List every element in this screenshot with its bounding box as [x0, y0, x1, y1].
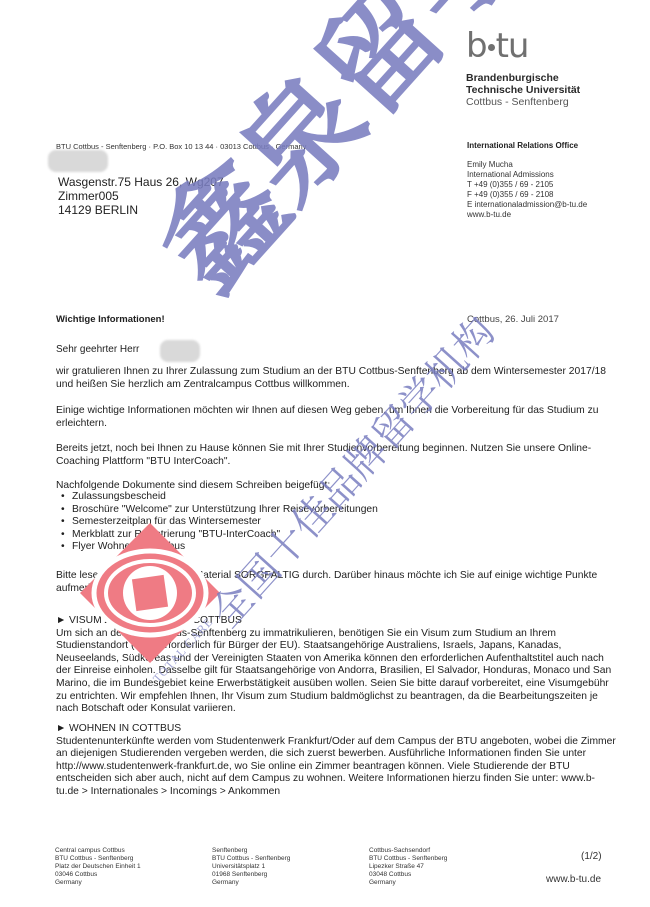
btu-logo-mark: btu	[466, 28, 616, 64]
contact-website[interactable]: www.b-tu.de	[467, 210, 587, 220]
section-housing-heading: ► WOHNEN IN COTTBUS	[56, 723, 616, 736]
section-housing: ► WOHNEN IN COTTBUS Studentenunterkünfte…	[56, 723, 616, 799]
footer-line: Germany	[369, 879, 447, 887]
footer-line: Germany	[55, 879, 141, 887]
footer-line: Universitätsplatz 1	[212, 863, 290, 871]
logo-b: b	[466, 26, 487, 66]
footer-line: 01968 Senftenberg	[212, 871, 290, 879]
attachment-item: Semesterzeitplan für das Wintersemester	[58, 516, 378, 529]
footer-campus-cottbus: Central campus Cottbus BTU Cottbus - Sen…	[55, 847, 141, 887]
footer-line: BTU Cottbus - Senftenberg	[369, 855, 447, 863]
paragraph-closing: Bitte lesen Sie das beigelegte Material …	[56, 570, 616, 595]
footer-line: Germany	[212, 879, 290, 887]
paragraph-info: Einige wichtige Informationen möchten wi…	[56, 405, 616, 430]
footer-line: Platz der Deutschen Einheit 1	[55, 863, 141, 871]
logo-dot	[488, 44, 495, 51]
university-name-line1: Brandenburgische	[466, 72, 616, 84]
attachment-item: Merkblatt zur Registrierung "BTU-InterCo…	[58, 529, 378, 542]
letter-date: Cottbus, 26. Juli 2017	[467, 314, 559, 325]
footer-url[interactable]: www.b-tu.de	[546, 874, 601, 885]
attachment-item: Flyer Wohnen in Cottbus	[58, 541, 378, 554]
recipient-line2: Zimmer005	[58, 189, 224, 203]
recipient-line1: Wasgenstr.75 Haus 26, Wg207	[58, 175, 224, 189]
office-title: International Relations Office	[467, 141, 578, 150]
recipient-line3: 14129 BERLIN	[58, 203, 224, 217]
contact-email[interactable]: E internationaladmission@b-tu.de	[467, 200, 587, 210]
paragraph-congratulations: wir gratulieren Ihnen zu Ihrer Zulassung…	[56, 366, 616, 391]
redacted-name	[48, 150, 108, 172]
footer-line: Senftenberg	[212, 847, 290, 855]
footer-campus-sachsendorf: Cottbus-Sachsendorf BTU Cottbus - Senfte…	[369, 847, 447, 887]
contact-name: Emily Mucha	[467, 160, 587, 170]
attachment-item: Broschüre "Welcome" zur Unterstützung Ih…	[58, 504, 378, 517]
footer-line: Cottbus-Sachsendorf	[369, 847, 447, 855]
university-name-line3: Cottbus - Senftenberg	[466, 96, 616, 108]
salutation: Sehr geehrter Herr	[56, 344, 139, 355]
contact-fax: F +49 (0)355 / 69 - 2108	[467, 190, 587, 200]
section-visa-text: Um sich an der BTU Cottbus-Senftenberg z…	[56, 628, 616, 716]
page-number: (1/2)	[581, 851, 602, 862]
footer-line: 03048 Cottbus	[369, 871, 447, 879]
university-logo: btu Brandenburgische Technische Universi…	[466, 28, 616, 108]
footer-line: BTU Cottbus - Senftenberg	[55, 855, 141, 863]
footer-line: Central campus Cottbus	[55, 847, 141, 855]
footer-line: Lipezker Straße 47	[369, 863, 447, 871]
section-visa: ► VISUM ZUM STUDIUM IN COTTBUS Um sich a…	[56, 615, 616, 716]
attachment-item: Zulassungsbescheid	[58, 491, 378, 504]
section-visa-heading: ► VISUM ZUM STUDIUM IN COTTBUS	[56, 615, 616, 628]
redacted-salutation-name	[160, 340, 200, 362]
paragraph-intercoach: Bereits jetzt, noch bei Ihnen zu Hause k…	[56, 443, 616, 468]
contact-dept: International Admissions	[467, 170, 587, 180]
university-name-line2: Technische Universität	[466, 84, 616, 96]
footer-line: 03046 Cottbus	[55, 871, 141, 879]
section-housing-text: Studentenunterkünfte werden vom Studente…	[56, 736, 616, 799]
attachments-list: Zulassungsbescheid Broschüre "Welcome" z…	[58, 491, 378, 554]
footer-line: BTU Cottbus - Senftenberg	[212, 855, 290, 863]
contact-block: Emily Mucha International Admissions T +…	[467, 160, 587, 220]
footer-campus-senftenberg: Senftenberg BTU Cottbus - Senftenberg Un…	[212, 847, 290, 887]
recipient-address: Wasgenstr.75 Haus 26, Wg207 Zimmer005 14…	[58, 175, 224, 217]
letter-subject: Wichtige Informationen!	[56, 314, 165, 325]
logo-tu: tu	[496, 26, 529, 66]
contact-phone: T +49 (0)355 / 69 - 2105	[467, 180, 587, 190]
